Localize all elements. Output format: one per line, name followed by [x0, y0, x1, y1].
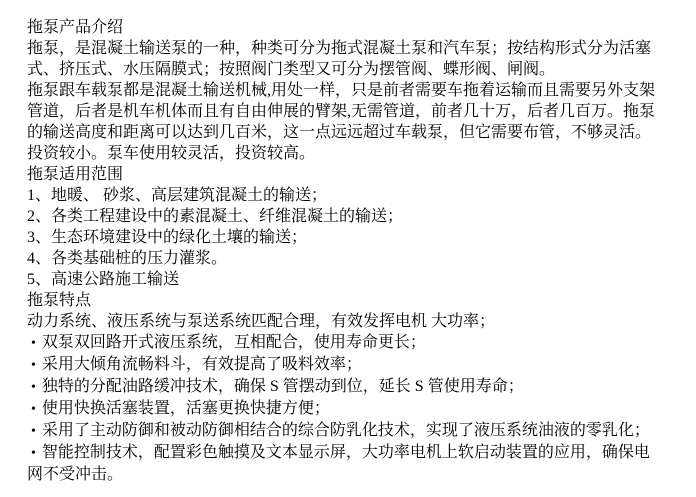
paragraph: 拖泵跟车载泵都是混凝土输送机械,用处一样，只是前者需要车拖着运输而且需要另外支架… [27, 80, 661, 164]
bullet-text: 使用快换活塞装置，活塞更换快捷方便； [42, 400, 330, 417]
bullet-text: 采用大倾角流畅料斗，有效提高了吸料效率； [42, 356, 362, 373]
section-heading-application-scope: 拖泵适用范围 [27, 164, 661, 185]
bullet-icon: • [27, 358, 36, 373]
numbered-item: 4、各类基础桩的压力灌浆。 [27, 248, 661, 269]
document-page: 拖泵产品介绍 拖泵，是混凝土输送泵的一种，种类可分为拖式混凝土泵和汽车泵；按结构… [0, 0, 696, 485]
numbered-item: 2、各类工程建设中的素混凝土、纤维混凝土的输送； [27, 206, 661, 227]
paragraph: 拖泵，是混凝土输送泵的一种，种类可分为拖式混凝土泵和汽车泵；按结构形式分为活塞式… [27, 38, 661, 80]
bullet-item: •独特的分配油路缓冲技术，确保 S 管摆动到位，延长 S 管使用寿命； [27, 376, 661, 398]
section-heading-product-intro: 拖泵产品介绍 [27, 17, 661, 38]
bullet-icon: • [27, 446, 36, 461]
bullet-icon: • [27, 424, 36, 439]
bullet-item: •使用快换活塞装置，活塞更换快捷方便； [27, 398, 661, 420]
bullet-text: 独特的分配油路缓冲技术，确保 S 管摆动到位，延长 S 管使用寿命； [42, 378, 524, 395]
numbered-item: 3、生态环境建设中的绿化土壤的输送； [27, 227, 661, 248]
bullet-item: •采用了主动防御和被动防御相结合的综合防乳化技术，实现了液压系统油液的零乳化； [27, 420, 661, 442]
bullet-text: 双泵双回路开式液压系统，互相配合，使用寿命更长； [42, 334, 426, 351]
bullet-text: 智能控制技术，配置彩色触摸及文本显示屏，大功率电机上软启动装置的应用，确保电网不… [27, 444, 650, 483]
bullet-item: •智能控制技术，配置彩色触摸及文本显示屏，大功率电机上软启动装置的应用，确保电网… [27, 442, 661, 485]
numbered-item: 1、地暖、 砂浆、高层建筑混凝土的输送； [27, 185, 661, 206]
bullet-item: •双泵双回路开式液压系统，互相配合，使用寿命更长； [27, 332, 661, 354]
bullet-text: 采用了主动防御和被动防御相结合的综合防乳化技术，实现了液压系统油液的零乳化； [42, 422, 650, 439]
section-heading-features: 拖泵特点 [27, 290, 661, 311]
numbered-item: 5、高速公路施工输送 [27, 269, 661, 290]
bullet-icon: • [27, 380, 36, 395]
bullet-icon: • [27, 402, 36, 417]
features-intro: 动力系统、液压系统与泵送系统匹配合理，有效发挥电机 大功率； [27, 311, 661, 332]
bullet-icon: • [27, 336, 36, 351]
bullet-item: •采用大倾角流畅料斗，有效提高了吸料效率； [27, 354, 661, 376]
